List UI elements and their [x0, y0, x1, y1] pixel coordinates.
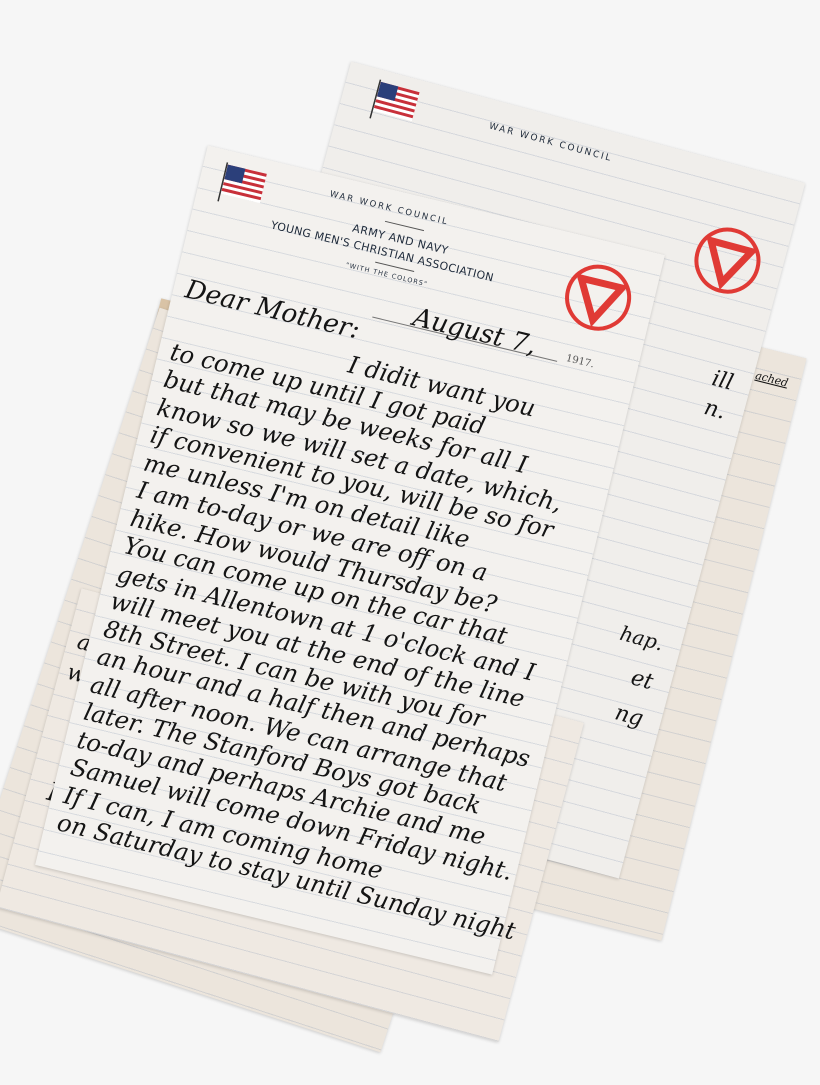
back-council-title: WAR WORK COUNCIL [488, 122, 614, 165]
fragment-ill: ill [709, 366, 736, 396]
letter-body: I didit want youto come up until I got p… [177, 309, 624, 416]
salutation: Dear Mother: [182, 275, 363, 346]
letter-date: August 7, [410, 303, 539, 362]
flag-icon [367, 77, 425, 132]
letter-year: 1917. [565, 353, 595, 370]
fragment-ng: ng [612, 700, 646, 731]
fragment-et: et [628, 665, 656, 695]
ymca-triangle-logo [556, 255, 640, 339]
fragment-ached: ached [754, 369, 790, 390]
fragment-hap: hap. [617, 621, 666, 656]
flag-icon [215, 160, 272, 214]
ymca-triangle-logo-back [685, 218, 771, 304]
fragment-n: n. [701, 395, 728, 425]
